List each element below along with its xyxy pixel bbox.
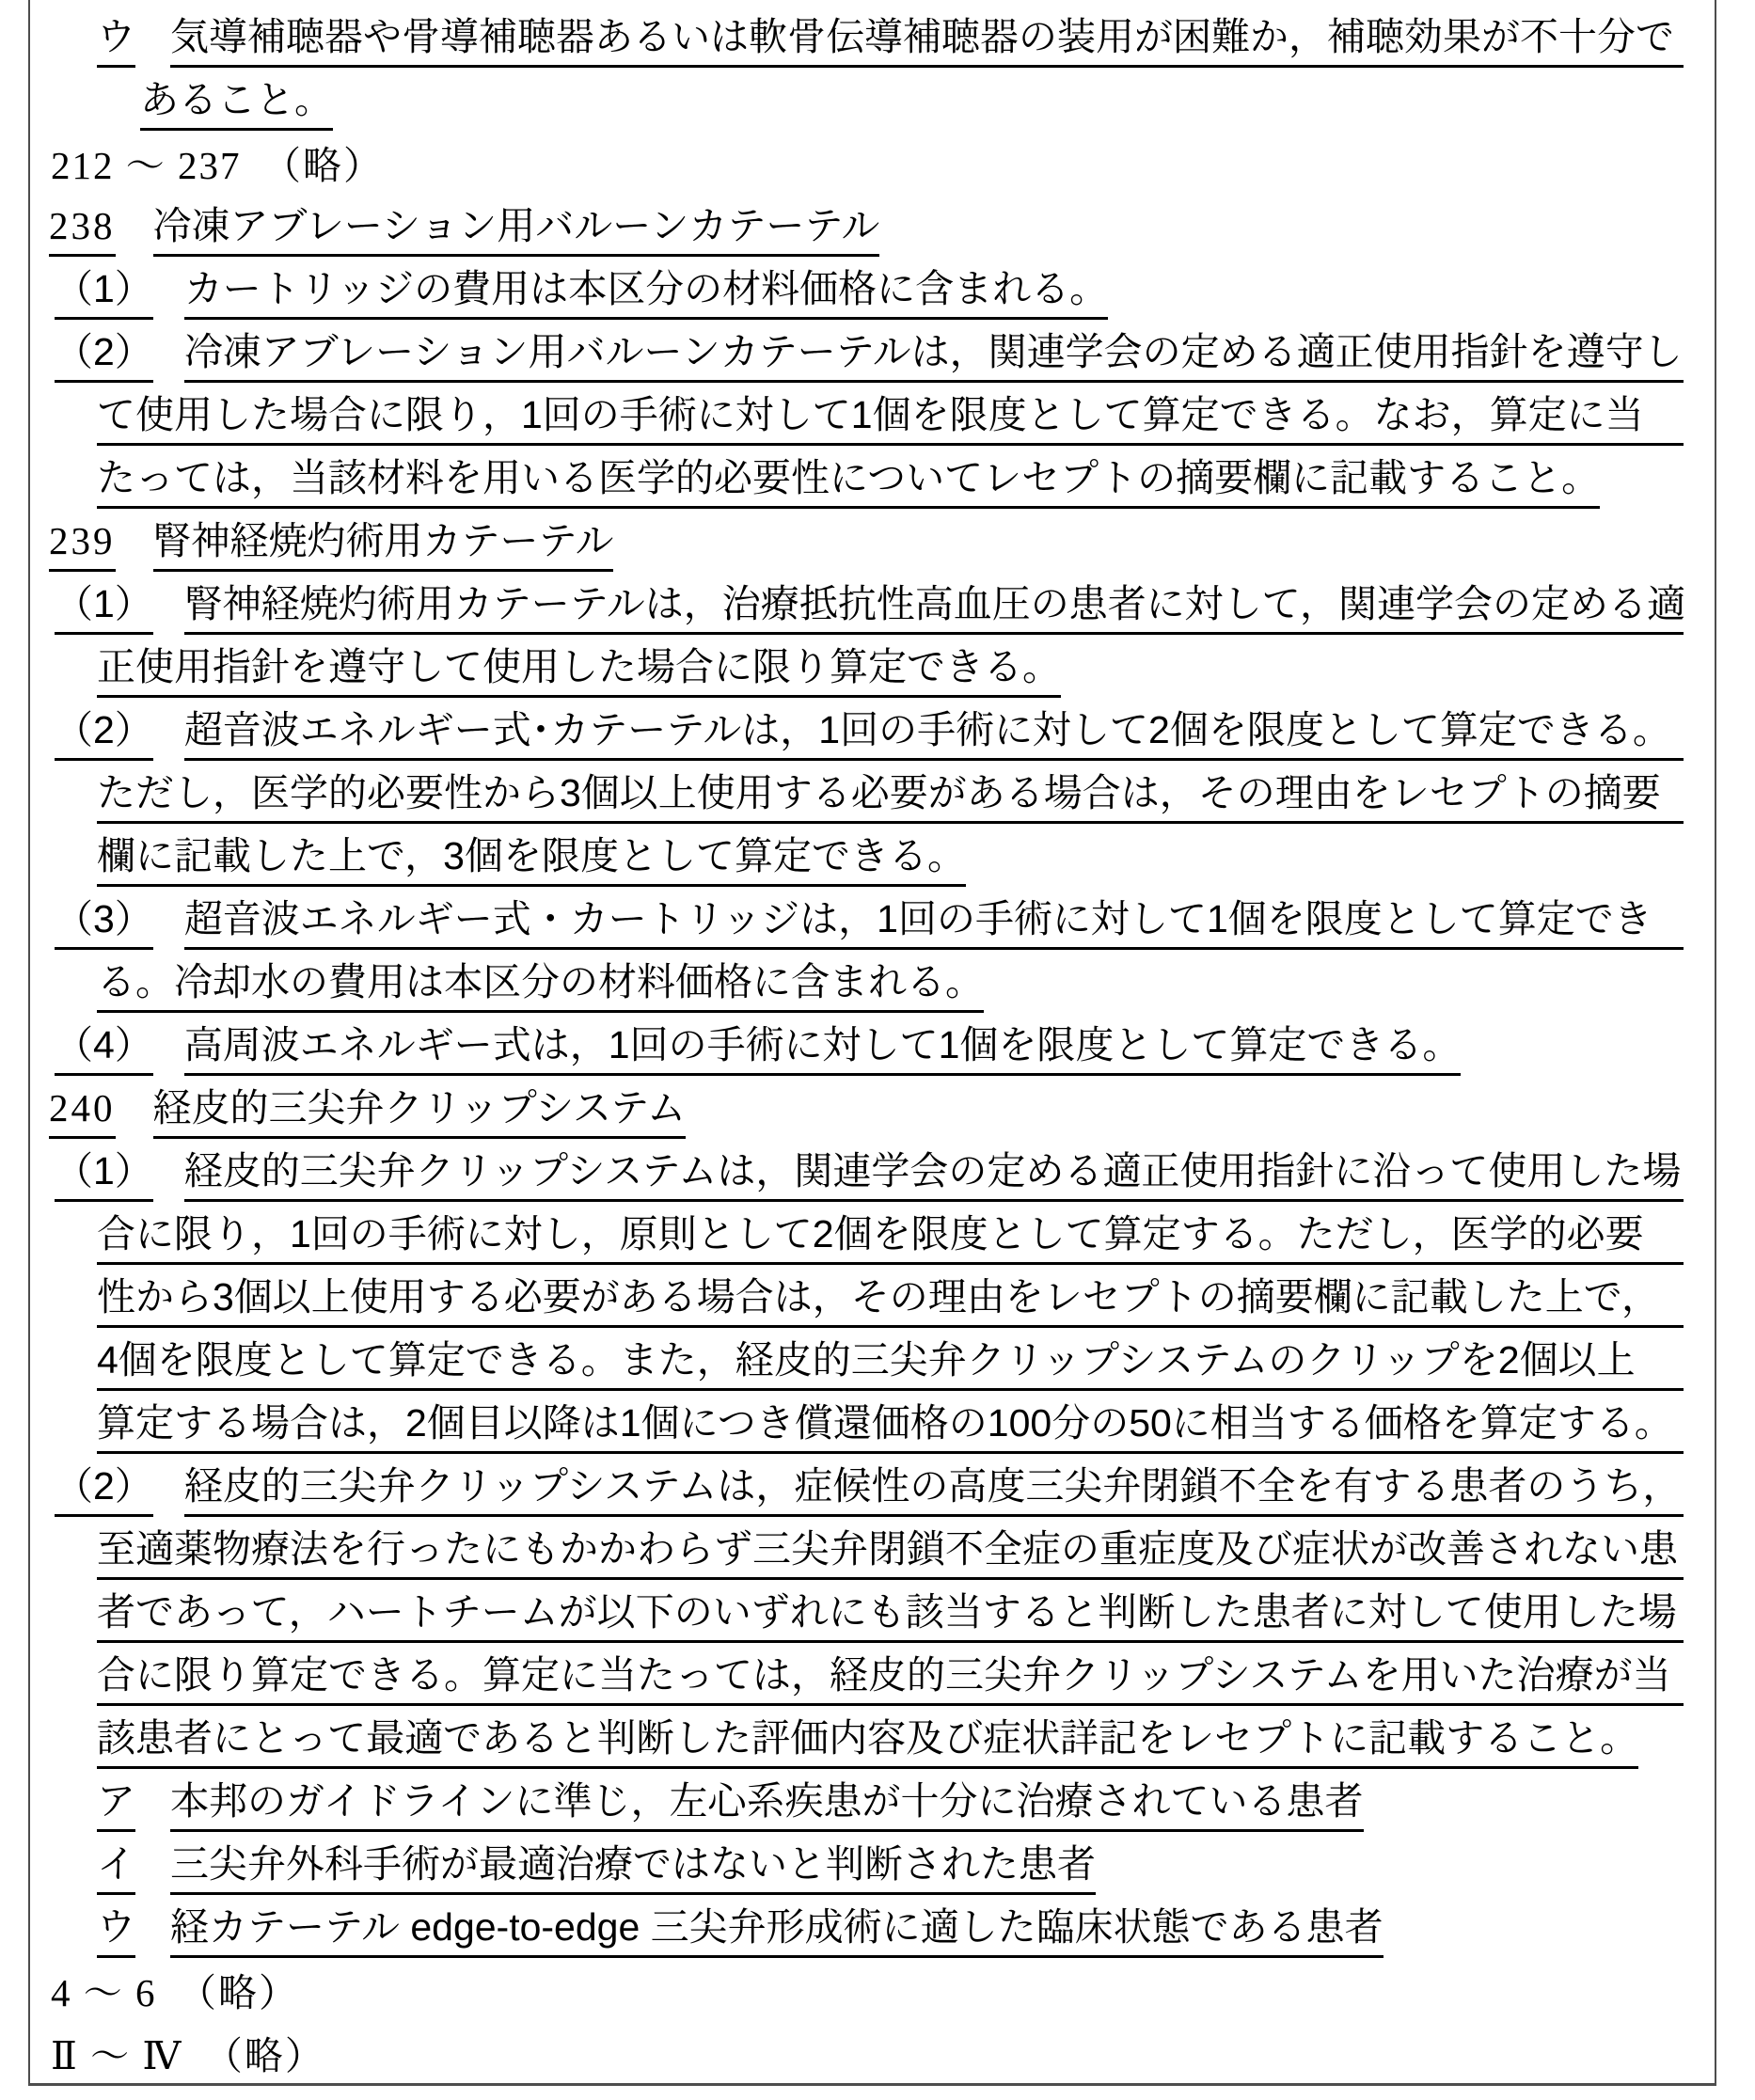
line-text: 至適薬物療法を行ったにもかかわらず三尖弁閉鎖不全症の重症度及び症状が改善されない… — [97, 1526, 1684, 1580]
text-line: 者であって，ハートチームが以下のいずれにも該当すると判断した患者に対して使用した… — [30, 1580, 1684, 1643]
line-text: 経皮的三尖弁クリップシステム — [153, 1085, 687, 1139]
text-line: （3）超音波エネルギー式・カートリッジは，1回の手術に対して1個を限度として算定… — [30, 887, 1684, 950]
line-text: あること。 — [140, 77, 333, 131]
line-label: 238 — [49, 203, 116, 257]
text-line: て使用した場合に限り，1回の手術に対して1個を限度として算定できる。なお，算定に… — [30, 383, 1684, 446]
line-text: 経皮的三尖弁クリップシステムは，関連学会の定める適正使用指針に沿って使用した場 — [184, 1148, 1684, 1202]
line-text: 気導補聴器や骨導補聴器あるいは軟骨伝導補聴器の装用が困難か，補聴効果が不十分で — [170, 14, 1684, 68]
line-label: 239 — [49, 518, 116, 572]
line-label: 240 — [49, 1085, 116, 1139]
line-text: 4 ～ 6 （略） — [51, 1970, 299, 2021]
line-label: ア — [97, 1778, 135, 1832]
text-line: 238冷凍アブレーション用バルーンカテーテル — [30, 194, 1684, 257]
line-label: ウ — [97, 14, 135, 68]
text-line: （1）カートリッジの費用は本区分の材料価格に含まれる。 — [30, 257, 1684, 320]
text-line: 欄に記載した上で，3個を限度として算定できる。 — [30, 824, 1684, 887]
text-line: 性から3個以上使用する必要がある場合は，その理由をレセプトの摘要欄に記載した上で… — [30, 1265, 1684, 1328]
line-label: イ — [97, 1841, 135, 1895]
line-text: 性から3個以上使用する必要がある場合は，その理由をレセプトの摘要欄に記載した上で… — [97, 1274, 1684, 1328]
line-label: ウ — [97, 1904, 135, 1958]
line-text: 212 ～ 237 （略） — [51, 143, 384, 194]
text-line: 該患者にとって最適であると判断した評価内容及び症状詳記をレセプトに記載すること。 — [30, 1706, 1684, 1769]
line-text: ただし，医学的必要性から3個以上使用する必要がある場合は，その理由をレセプトの摘… — [97, 770, 1684, 824]
line-label: （4） — [55, 1022, 153, 1076]
text-line: 算定する場合は，2個目以降は1個につき償還価格の100分の50に相当する価格を算… — [30, 1391, 1684, 1454]
text-line: 合に限り，1回の手術に対し，原則として2個を限度として算定する。ただし，医学的必… — [30, 1202, 1684, 1265]
line-text: 正使用指針を遵守して使用した場合に限り算定できる。 — [97, 644, 1061, 698]
line-label: （2） — [55, 707, 153, 761]
line-text: 該患者にとって最適であると判断した評価内容及び症状詳記をレセプトに記載すること。 — [97, 1715, 1638, 1769]
line-text: 高周波エネルギー式は，1回の手術に対して1個を限度として算定できる。 — [184, 1022, 1462, 1076]
text-line: たっては，当該材料を用いる医学的必要性についてレセプトの摘要欄に記載すること。 — [30, 446, 1684, 509]
text-line: 239腎神経焼灼術用カテーテル — [30, 509, 1684, 572]
line-text: 腎神経焼灼術用カテーテル — [153, 518, 614, 572]
line-label: （2） — [55, 329, 153, 383]
line-text: 冷凍アブレーション用バルーンカテーテルは，関連学会の定める適正使用指針を遵守し — [184, 329, 1684, 383]
text-line: ア本邦のガイドラインに準じ，左心系疾患が十分に治療されている患者 — [30, 1769, 1684, 1832]
line-text: 腎神経焼灼術用カテーテルは，治療抵抗性高血圧の患者に対して，関連学会の定める適 — [184, 581, 1684, 635]
text-line: 合に限り算定できる。算定に当たっては，経皮的三尖弁クリップシステムを用いた治療が… — [30, 1643, 1684, 1706]
line-text: 超音波エネルギー式・カートリッジは，1回の手術に対して1個を限度として算定でき — [184, 896, 1684, 950]
line-text: 経皮的三尖弁クリップシステムは，症候性の高度三尖弁閉鎖不全を有する患者のうち， — [184, 1463, 1684, 1517]
line-text: 欄に記載した上で，3個を限度として算定できる。 — [97, 833, 966, 887]
text-line: 正使用指針を遵守して使用した場合に限り算定できる。 — [30, 635, 1684, 698]
line-text: て使用した場合に限り，1回の手術に対して1個を限度として算定できる。なお，算定に… — [97, 392, 1684, 446]
text-line: 4個を限度として算定できる。また，経皮的三尖弁クリップシステムのクリップを2個以… — [30, 1328, 1684, 1391]
line-label: （1） — [55, 266, 153, 320]
text-line: 至適薬物療法を行ったにもかかわらず三尖弁閉鎖不全症の重症度及び症状が改善されない… — [30, 1517, 1684, 1580]
line-text: 合に限り算定できる。算定に当たっては，経皮的三尖弁クリップシステムを用いた治療が… — [97, 1652, 1684, 1706]
text-line: （1）経皮的三尖弁クリップシステムは，関連学会の定める適正使用指針に沿って使用し… — [30, 1139, 1684, 1202]
document-box: ウ気導補聴器や骨導補聴器あるいは軟骨伝導補聴器の装用が困難か，補聴効果が不十分で… — [28, 0, 1716, 2086]
text-line: あること。 — [30, 68, 1684, 131]
line-text: 者であって，ハートチームが以下のいずれにも該当すると判断した患者に対して使用した… — [97, 1589, 1684, 1643]
text-line: イ三尖弁外科手術が最適治療ではないと判断された患者 — [30, 1832, 1684, 1895]
line-label: （2） — [55, 1463, 153, 1517]
text-line: ただし，医学的必要性から3個以上使用する必要がある場合は，その理由をレセプトの摘… — [30, 761, 1684, 824]
text-line: （2）冷凍アブレーション用バルーンカテーテルは，関連学会の定める適正使用指針を遵… — [30, 320, 1684, 383]
text-line: （1）腎神経焼灼術用カテーテルは，治療抵抗性高血圧の患者に対して，関連学会の定め… — [30, 572, 1684, 635]
text-line: Ⅱ ～ Ⅳ （略） — [30, 2021, 1684, 2084]
line-text: 算定する場合は，2個目以降は1個につき償還価格の100分の50に相当する価格を算… — [97, 1400, 1684, 1454]
text-line: 240経皮的三尖弁クリップシステム — [30, 1076, 1684, 1139]
line-label: （3） — [55, 896, 153, 950]
line-text: 合に限り，1回の手術に対し，原則として2個を限度として算定する。ただし，医学的必… — [97, 1211, 1684, 1265]
text-line: る。冷却水の費用は本区分の材料価格に含まれる。 — [30, 950, 1684, 1013]
line-text: 4個を限度として算定できる。また，経皮的三尖弁クリップシステムのクリップを2個以… — [97, 1337, 1684, 1391]
line-text: 三尖弁外科手術が最適治療ではないと判断された患者 — [170, 1841, 1096, 1895]
line-text: 本邦のガイドラインに準じ，左心系疾患が十分に治療されている患者 — [170, 1778, 1364, 1832]
line-label: （1） — [55, 581, 153, 635]
text-line: ウ気導補聴器や骨導補聴器あるいは軟骨伝導補聴器の装用が困難か，補聴効果が不十分で — [30, 5, 1684, 68]
text-line: （2）超音波エネルギー式･カテーテルは，1回の手術に対して2個を限度として算定で… — [30, 698, 1684, 761]
text-line: ウ経カテーテル edge-to-edge 三尖弁形成術に適した臨床状態である患者 — [30, 1895, 1684, 1958]
line-text: カートリッジの費用は本区分の材料価格に含まれる。 — [184, 266, 1108, 320]
line-text: 経カテーテル edge-to-edge 三尖弁形成術に適した臨床状態である患者 — [170, 1904, 1383, 1958]
line-text: 超音波エネルギー式･カテーテルは，1回の手術に対して2個を限度として算定できる。 — [184, 707, 1684, 761]
text-line: 4 ～ 6 （略） — [30, 1958, 1684, 2021]
line-text: る。冷却水の費用は本区分の材料価格に含まれる。 — [97, 959, 984, 1013]
line-label: （1） — [55, 1148, 153, 1202]
line-text: 冷凍アブレーション用バルーンカテーテル — [153, 203, 880, 257]
line-text: Ⅱ ～ Ⅳ （略） — [51, 2033, 325, 2084]
text-line: （4）高周波エネルギー式は，1回の手術に対して1個を限度として算定できる。 — [30, 1013, 1684, 1076]
line-text: たっては，当該材料を用いる医学的必要性についてレセプトの摘要欄に記載すること。 — [97, 455, 1600, 509]
text-line: （2）経皮的三尖弁クリップシステムは，症候性の高度三尖弁閉鎖不全を有する患者のう… — [30, 1454, 1684, 1517]
page: ウ気導補聴器や骨導補聴器あるいは軟骨伝導補聴器の装用が困難か，補聴効果が不十分で… — [0, 0, 1755, 2100]
text-line: 212 ～ 237 （略） — [30, 131, 1684, 194]
